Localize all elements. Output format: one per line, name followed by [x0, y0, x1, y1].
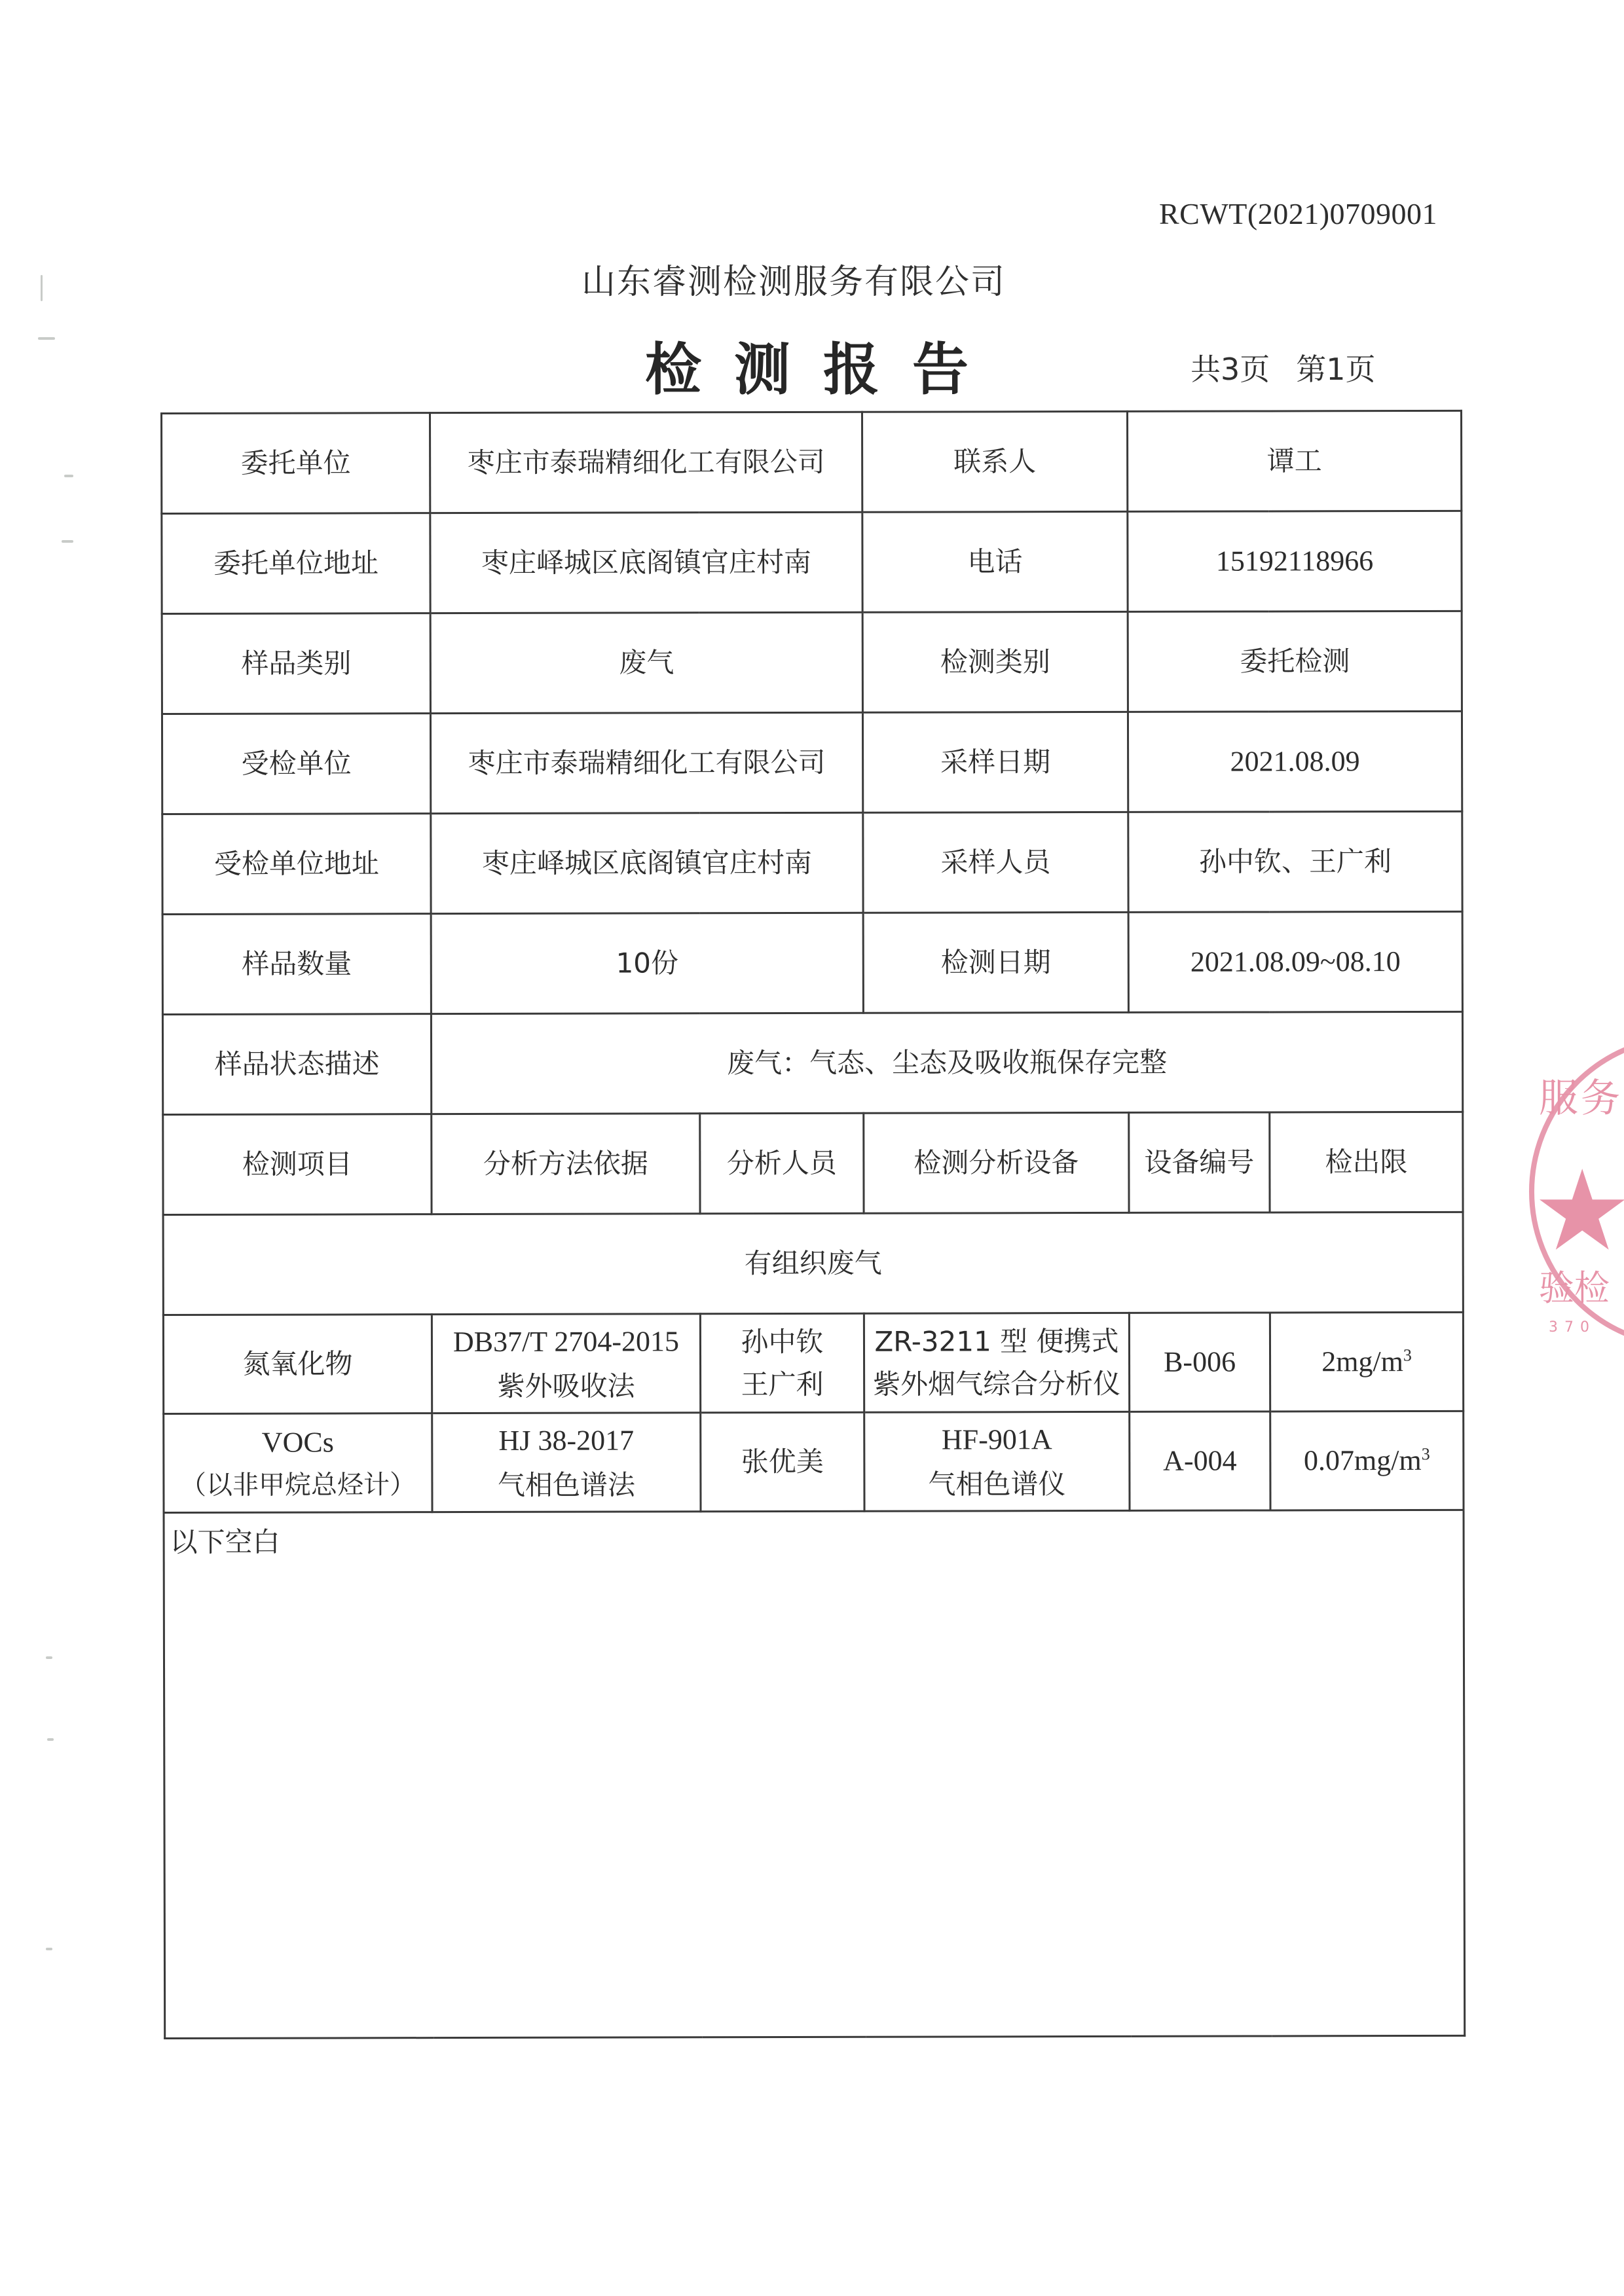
current-page: 第1页	[1296, 352, 1375, 387]
label-phone: 电话	[862, 511, 1128, 612]
value-inspected-unit: 枣庄市泰瑞精细化工有限公司	[430, 712, 862, 813]
header-item: 检测项目	[163, 1114, 432, 1215]
scan-speck	[46, 1948, 52, 1950]
item-name-line2: （以非甲烷总烃计）	[168, 1465, 427, 1506]
item-name: 氮氧化物	[163, 1315, 432, 1414]
item-analyst: 孙中钦 王广利	[700, 1313, 864, 1413]
label-client: 委托单位	[162, 413, 430, 514]
value-sample-count: 10份	[431, 913, 863, 1013]
value-client-address: 枣庄峄城区底阁镇官庄村南	[430, 512, 862, 613]
item-name-line1: VOCs	[168, 1420, 427, 1465]
item-method-line1: HJ 38-2017	[437, 1419, 695, 1464]
limit-sup: 3	[1403, 1345, 1412, 1364]
official-seal-stamp: 服务 ★ 验检 370	[1529, 1034, 1624, 1362]
item-detection-limit: 2mg/m3	[1270, 1312, 1463, 1412]
item-method: HJ 38-2017 气相色谱法	[432, 1413, 701, 1512]
star-icon: ★	[1532, 1156, 1624, 1267]
value-inspected-address: 枣庄峄城区底阁镇官庄村南	[431, 812, 863, 913]
scan-speck	[47, 1738, 54, 1741]
item-equipment-line1: ZR-3211 型 便携式	[869, 1320, 1124, 1363]
limit-sup: 3	[1422, 1444, 1430, 1463]
blank-row: 以下空白	[164, 1510, 1465, 2038]
label-sampling-date: 采样日期	[862, 712, 1128, 812]
item-analyst: 张优美	[701, 1412, 864, 1512]
label-client-address: 委托单位地址	[162, 513, 430, 614]
section-title: 有组织废气	[163, 1212, 1463, 1315]
section-row: 有组织废气	[163, 1212, 1463, 1315]
item-method-line2: 紫外吸收法	[437, 1364, 695, 1408]
label-test-date: 检测日期	[863, 912, 1128, 1013]
info-row-inspected-address: 受检单位地址 枣庄峄城区底阁镇官庄村南 采样人员 孙中钦、王广利	[162, 811, 1462, 914]
report-number: RCWT(2021)0709001	[1159, 196, 1437, 231]
item-name-line1: 氮氧化物	[168, 1343, 427, 1386]
item-equipment-line2: 气相色谱仪	[869, 1462, 1124, 1505]
header-method: 分析方法依据	[432, 1114, 700, 1214]
label-samplers: 采样人员	[863, 812, 1128, 913]
value-samplers: 孙中钦、王广利	[1128, 811, 1462, 912]
value-sampling-date: 2021.08.09	[1128, 711, 1462, 812]
company-name: 山东睿测检测服务有限公司	[581, 254, 1006, 303]
scan-speck	[41, 275, 43, 301]
label-test-type: 检测类别	[862, 611, 1128, 712]
value-test-type: 委托检测	[1128, 611, 1462, 712]
scan-speck	[62, 540, 73, 543]
item-method-line2: 气相色谱法	[437, 1463, 695, 1506]
value-sample-type: 废气	[430, 612, 862, 713]
total-pages: 共3页	[1190, 352, 1270, 387]
info-row-client-address: 委托单位地址 枣庄峄城区底阁镇官庄村南 电话 15192118966	[162, 511, 1462, 613]
info-row-inspected-unit: 受检单位 枣庄市泰瑞精细化工有限公司 采样日期 2021.08.09	[162, 711, 1462, 814]
item-equipment: HF-901A 气相色谱仪	[864, 1412, 1130, 1511]
report-table: 委托单位 枣庄市泰瑞精细化工有限公司 联系人 谭工 委托单位地址 枣庄峄城区底阁…	[160, 410, 1466, 2039]
page-title: 检测报告	[645, 324, 1001, 405]
info-row-client: 委托单位 枣庄市泰瑞精细化工有限公司 联系人 谭工	[162, 410, 1462, 513]
item-analyst-line1: 张优美	[705, 1440, 859, 1484]
item-equipment: ZR-3211 型 便携式 紫外烟气综合分析仪	[864, 1313, 1129, 1412]
stamp-code: 370	[1549, 1319, 1596, 1336]
item-analyst-line2: 王广利	[705, 1363, 859, 1406]
header-equipment: 检测分析设备	[864, 1112, 1129, 1213]
limit-value: 2mg/m	[1321, 1345, 1403, 1377]
item-equipment-line2: 紫外烟气综合分析仪	[869, 1362, 1124, 1406]
value-phone: 15192118966	[1128, 511, 1462, 611]
item-detection-limit: 0.07mg/m3	[1270, 1411, 1464, 1510]
stamp-text-top: 服务	[1539, 1067, 1623, 1123]
item-equipment-no: A-004	[1130, 1412, 1270, 1510]
items-header-row: 检测项目 分析方法依据 分析人员 检测分析设备 设备编号 检出限	[163, 1112, 1463, 1214]
info-row-sample-count: 样品数量 10份 检测日期 2021.08.09~08.10	[162, 911, 1462, 1014]
label-inspected-unit: 受检单位	[162, 714, 430, 814]
page-info: 共3页第1页	[1190, 346, 1402, 389]
scan-speck	[46, 1656, 52, 1659]
label-sample-state: 样品状态描述	[162, 1014, 431, 1115]
scan-speck	[64, 475, 73, 477]
item-equipment-no: B-006	[1129, 1313, 1270, 1412]
label-sample-type: 样品类别	[162, 613, 430, 714]
value-test-date: 2021.08.09~08.10	[1128, 911, 1462, 1012]
stamp-text-bottom: 验检	[1539, 1260, 1610, 1311]
limit-value: 0.07mg/m	[1304, 1444, 1422, 1476]
header-equipment-no: 设备编号	[1129, 1112, 1270, 1212]
blank-note: 以下空白	[164, 1510, 1465, 2038]
item-name: VOCs （以非甲烷总烃计）	[164, 1413, 432, 1513]
value-sample-state: 废气：气态、尘态及吸收瓶保存完整	[431, 1011, 1462, 1114]
item-method: DB37/T 2704-2015 紫外吸收法	[432, 1314, 700, 1413]
table-row: 氮氧化物 DB37/T 2704-2015 紫外吸收法 孙中钦 王广利 ZR-3…	[163, 1312, 1463, 1413]
label-sample-count: 样品数量	[162, 914, 431, 1015]
header-detection-limit: 检出限	[1270, 1112, 1463, 1212]
value-contact: 谭工	[1128, 410, 1462, 511]
item-method-line1: DB37/T 2704-2015	[437, 1320, 695, 1365]
table-row: VOCs （以非甲烷总烃计） HJ 38-2017 气相色谱法 张优美 HF-9…	[164, 1411, 1464, 1512]
item-equipment-line1: HF-901A	[869, 1417, 1124, 1463]
value-client: 枣庄市泰瑞精细化工有限公司	[430, 412, 862, 513]
info-row-sample-state: 样品状态描述 废气：气态、尘态及吸收瓶保存完整	[162, 1011, 1462, 1114]
label-contact: 联系人	[862, 411, 1128, 512]
info-row-sample-type: 样品类别 废气 检测类别 委托检测	[162, 611, 1462, 714]
header-analyst: 分析人员	[700, 1113, 864, 1214]
scan-speck	[38, 337, 55, 340]
item-analyst-line1: 孙中钦	[705, 1321, 859, 1364]
label-inspected-address: 受检单位地址	[162, 814, 431, 915]
